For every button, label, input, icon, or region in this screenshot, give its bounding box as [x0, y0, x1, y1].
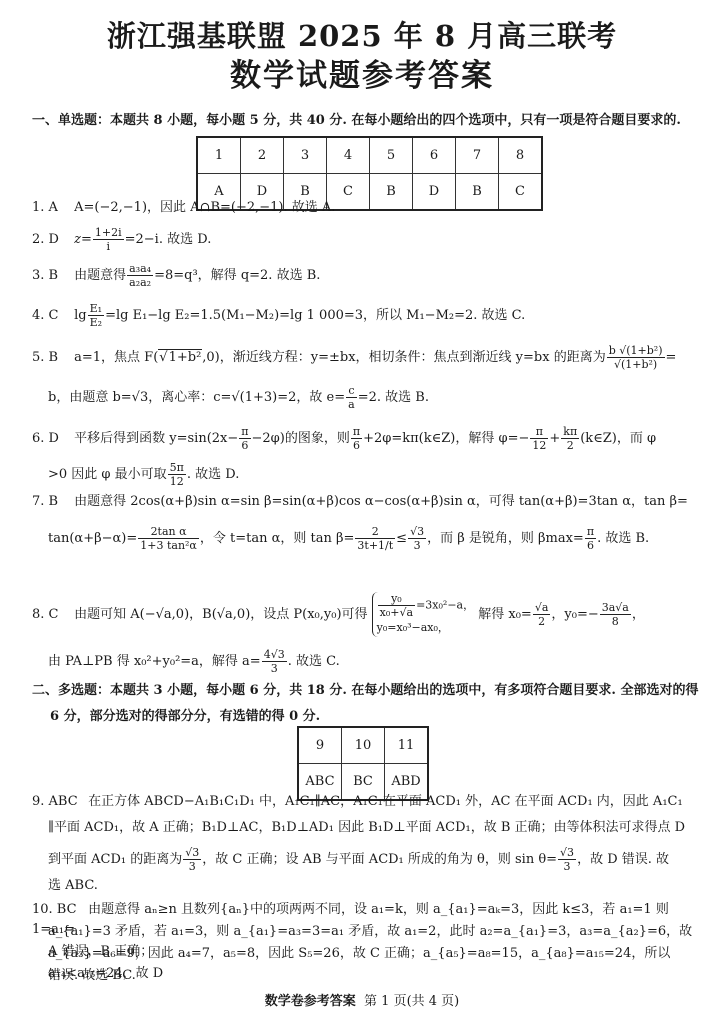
fraction: kπ2: [561, 425, 579, 452]
question-number: 1. A: [32, 198, 70, 218]
table-cell: 11: [385, 727, 429, 764]
fraction: 2tan α1+3 tan²α: [138, 525, 199, 552]
solution-text: ∥平面 ACD₁，故 A 正确；B₁D⊥AC，B₁D⊥AD₁ 因此 B₁D⊥平面…: [48, 820, 685, 835]
question-6: 6. D 平移后得到函数 y=sin(2x−π6−2φ)的图象，则π6+2φ=k…: [32, 425, 700, 452]
question-9-cont2: 到平面 ACD₁ 的距离为√33，故 C 正确；设 AB 与平面 ACD₁ 所成…: [48, 846, 700, 873]
solution-text: ，故 C 正确；设 AB 与平面 ACD₁ 所成的角为 θ，则 sin θ=: [202, 852, 557, 867]
fraction: b √(1+b²)√(1+b²): [607, 344, 665, 371]
question-4: 4. C lgE₁E₂=lg E₁−lg E₂=1.5(M₁−M₂)=lg 1 …: [32, 302, 700, 329]
solution-text: tan(α+β−α)=: [48, 531, 137, 546]
solution-text: ，y₀=−: [551, 607, 598, 622]
table-cell: 2: [241, 137, 284, 174]
solution-text: −2φ)的图象，则: [252, 431, 350, 446]
question-5: 5. B a=1，焦点 F(1+b²,0)，渐近线方程：y=±bx，相切条件：焦…: [32, 344, 700, 371]
question-2: 2. D z=1+2ii=2−i. 故选 D.: [32, 226, 700, 253]
solution-text: . 故选 B.: [597, 531, 649, 546]
document-title: 浙江强基联盟 2025 年 8 月高三联考: [0, 14, 724, 55]
solution-text: 平移后得到函数 y=sin(2x−: [74, 431, 238, 446]
solution-text: =2−i. 故选 D.: [125, 232, 212, 247]
table-row-numbers: 9 10 11: [298, 727, 428, 764]
fraction: E₁E₂: [88, 302, 104, 329]
table-cell: 6: [413, 137, 456, 174]
solution-text: 由题意得 2cos(α+β)sin α=sin β=sin(α+β)cos α−…: [74, 494, 688, 509]
solution-text: 到平面 ACD₁ 的距离为: [48, 852, 182, 867]
question-6-cont: >0 因此 φ 最小可取5π12. 故选 D.: [48, 461, 700, 488]
fraction: 1+2ii: [93, 226, 124, 253]
question-5-cont: b，由题意 b=√3，离心率：c=√(1+3)=2，故 e=ca=2. 故选 B…: [48, 384, 700, 411]
fraction: π12: [530, 425, 548, 452]
solution-text: . 故选 D.: [187, 467, 240, 482]
solution-text: A=(−2,−1)，因此 A∩B=(−2,−1). 故选 A.: [74, 200, 335, 215]
question-9-cont3: 选 ABC.: [48, 876, 700, 896]
solution-text: ,0)，渐近线方程：y=±bx，相切条件：焦点到渐近线 y=bx 的距离为: [202, 350, 605, 365]
question-number: 5. B: [32, 348, 70, 368]
fraction: √33: [183, 846, 201, 873]
sqrt: 1+b²: [158, 349, 202, 365]
solution-text: ，而 β 是锐角，则 βmax=: [427, 531, 584, 546]
solution-text: (k∈Z)，而 φ: [580, 431, 656, 446]
solution-text: z=: [74, 232, 92, 247]
question-number: 4. C: [32, 306, 70, 326]
solution-text: ，: [632, 607, 645, 622]
solution-text: b，由题意 b=√3，离心率：c=√(1+3)=2，故 e=: [48, 390, 345, 405]
table-row-numbers: 1 2 3 4 5 6 7 8: [197, 137, 542, 174]
question-number: 10. BC: [32, 900, 84, 920]
solution-text: +2φ=kπ(k∈Z)，解得 φ=−: [363, 431, 529, 446]
section2-heading: 二、多选题：本题共 3 小题，每小题 6 分，共 18 分. 在每小题给出的选项…: [32, 678, 704, 730]
page-number: 第 1 页(共 4 页): [364, 994, 459, 1009]
solution-text: ，令 t=tan α，则 tan β=: [200, 531, 355, 546]
question-1: 1. A A=(−2,−1)，因此 A∩B=(−2,−1). 故选 A.: [32, 198, 700, 218]
question-number: 6. D: [32, 429, 70, 449]
table-cell: 4: [327, 137, 370, 174]
question-number: 9. ABC: [32, 792, 84, 812]
table-cell: 10: [342, 727, 385, 764]
table-cell: 9: [298, 727, 342, 764]
table-cell: 3: [284, 137, 327, 174]
question-8-cont: 由 PA⊥PB 得 x₀²+y₀²=a，解得 a=4√33. 故选 C.: [48, 648, 700, 675]
question-number: 8. C: [32, 605, 70, 625]
question-number: 3. B: [32, 266, 70, 286]
question-10-cont3: 错误. 故选 BC.: [48, 966, 700, 986]
fraction: 3a√a8: [600, 601, 631, 628]
question-3: 3. B 由题意得a₃a₄a₂a₂=8=q³，解得 q=2. 故选 B.: [32, 262, 700, 289]
table-cell: 5: [370, 137, 413, 174]
solution-text: ≤: [396, 531, 407, 546]
solution-text: =: [666, 350, 677, 365]
section1-heading: 一、单选题：本题共 8 小题，每小题 5 分，共 40 分. 在每小题给出的四个…: [32, 108, 704, 134]
question-7: 7. B 由题意得 2cos(α+β)sin α=sin β=sin(α+β)c…: [32, 492, 700, 512]
solution-text: +: [549, 431, 560, 446]
question-7-cont: tan(α+β−α)=2tan α1+3 tan²α，令 t=tan α，则 t…: [48, 525, 700, 552]
question-number: 7. B: [32, 492, 70, 512]
solution-text: =lg E₁−lg E₂=1.5(M₁−M₂)=lg 1 000=3，所以 M₁…: [105, 308, 525, 323]
question-9-cont: ∥平面 ACD₁，故 A 正确；B₁D⊥AC，B₁D⊥AD₁ 因此 B₁D⊥平面…: [48, 818, 700, 838]
fraction: π6: [585, 525, 596, 552]
solution-text: lg: [74, 308, 86, 323]
footer-label: 数学卷参考答案: [265, 994, 356, 1009]
solution-text: 错误. 故选 BC.: [48, 968, 136, 983]
solution-text: >0 因此 φ 最小可取: [48, 467, 167, 482]
fraction: π6: [351, 425, 362, 452]
solution-text: 由 PA⊥PB 得 x₀²+y₀²=a，解得 a=: [48, 654, 261, 669]
solution-text: 由题意得: [74, 268, 126, 283]
solution-text: 在正方体 ABCD−A₁B₁C₁D₁ 中，A₁C₁∥AC，A₁C₁在平面 ACD…: [88, 794, 683, 809]
equation-system: y₀x₀+√a=3x₀²−a， y₀=x₀³−ax₀，: [372, 592, 474, 637]
document-subtitle: 数学试题参考答案: [0, 50, 724, 95]
page-footer: 数学卷参考答案 第 1 页(共 4 页): [0, 990, 724, 1009]
question-8: 8. C 由题可知 A(−√a,0)，B(√a,0)，设点 P(x₀,y₀)可得…: [32, 592, 700, 637]
question-number: 2. D: [32, 230, 70, 250]
solution-text: ，故 D 错误. 故: [577, 852, 669, 867]
fraction: √a2: [533, 601, 551, 628]
table-cell: 7: [456, 137, 499, 174]
fraction: 4√33: [262, 648, 287, 675]
fraction: 23t+1/t: [355, 525, 395, 552]
table-cell: 8: [499, 137, 543, 174]
multi-choice-answer-table: 9 10 11 ABC BC ABD: [297, 726, 429, 801]
solution-text: a=1，焦点 F(: [74, 350, 158, 365]
fraction: √33: [408, 525, 426, 552]
solution-text: 选 ABC.: [48, 878, 98, 893]
fraction: y₀x₀+√a: [378, 592, 415, 619]
question-9: 9. ABC 在正方体 ABCD−A₁B₁C₁D₁ 中，A₁C₁∥AC，A₁C₁…: [32, 792, 700, 812]
table-cell: 1: [197, 137, 241, 174]
fraction: ca: [346, 384, 357, 411]
solution-text: 由题可知 A(−√a,0)，B(√a,0)，设点 P(x₀,y₀)可得: [74, 607, 367, 622]
solution-text: . 故选 C.: [288, 654, 340, 669]
fraction: π6: [239, 425, 250, 452]
fraction: a₃a₄a₂a₂: [127, 262, 153, 289]
solution-text: =2. 故选 B.: [358, 390, 429, 405]
fraction: √33: [558, 846, 576, 873]
solution-text: =8=q³，解得 q=2. 故选 B.: [154, 268, 320, 283]
fraction: 5π12: [168, 461, 186, 488]
solution-text: 解得 x₀=: [478, 607, 532, 622]
section2-heading-line1: 二、多选题：本题共 3 小题，每小题 6 分，共 18 分. 在每小题给出的选项…: [32, 678, 704, 704]
